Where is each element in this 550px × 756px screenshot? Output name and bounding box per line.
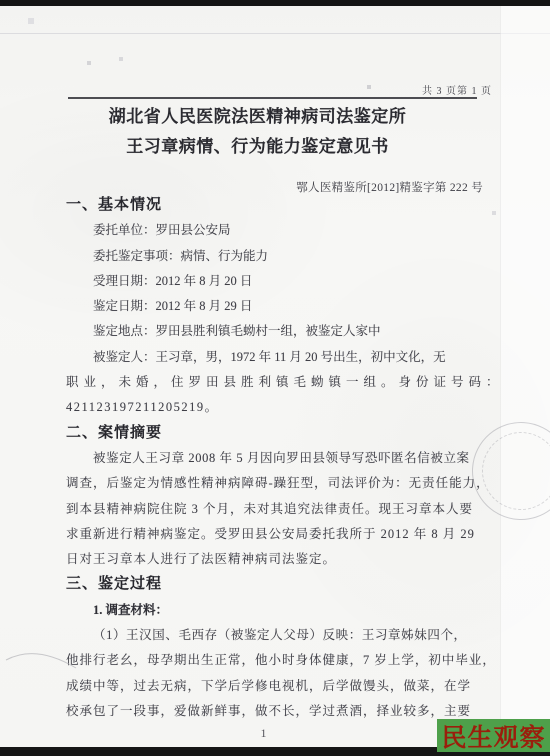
dust-specks xyxy=(0,0,2,2)
paper-crease-icon xyxy=(0,642,82,676)
doc-line: 鉴定日期：2012 年 8 月 29 日 xyxy=(66,294,484,319)
header-rule xyxy=(68,97,477,99)
doc-line: 被鉴定人：王习章，男，1972 年 11 月 20 号出生，初中文化，无 xyxy=(66,345,484,370)
doc-line: 鉴定地点：罗田县胜利镇毛蚴村一组，被鉴定人家中 xyxy=(66,319,484,344)
doc-line: 委托鉴定事项：病情、行为能力 xyxy=(66,244,484,269)
title-line-1: 湖北省人民医院法医精神病司法鉴定所 xyxy=(0,102,515,132)
doc-line: 校承包了一段事，爱做新鲜事，做不长，学过煮酒，择业较多，主要 xyxy=(66,699,484,724)
doc-line: 求重新进行精神病鉴定。受罗田县公安局委托我所于 2012 年 8 月 29 xyxy=(66,522,484,547)
doc-line: 日对王习章本人进行了法医精神病司法鉴定。 xyxy=(66,547,484,572)
doc-line: （1）王汉国、毛西存（被鉴定人父母）反映：王习章姊妹四个， xyxy=(66,623,484,648)
doc-line: 成绩中等，过去无病，下学后学修电视机，后学做馒头，做菜，在学 xyxy=(66,674,484,699)
scan-faint-line xyxy=(0,33,550,34)
id-number-line: 421123197211205219。 xyxy=(66,395,484,420)
section-heading-case-summary: 二、案情摘要 xyxy=(66,421,484,446)
scanned-document-page: 共 3 页第 1 页 湖北省人民医院法医精神病司法鉴定所 王习章病情、行为能力鉴… xyxy=(0,0,550,756)
doc-line: 调查，后鉴定为情感性精神病障碍-躁狂型，司法评价为：无责任能力， xyxy=(66,471,484,496)
doc-line: 到本县精神病院住院 3 个月，未对其追究法律责任。现王习章本人要 xyxy=(66,497,484,522)
section-heading-process: 三、鉴定过程 xyxy=(66,572,484,597)
document-body: 一、基本情况 委托单位：罗田县公安局 委托鉴定事项：病情、行为能力 受理日期：2… xyxy=(66,193,484,724)
doc-line: 他排行老幺，母孕期出生正常，他小时身体健康，7 岁上学，初中毕业， xyxy=(66,648,484,673)
doc-line: 受理日期：2012 年 8 月 20 日 xyxy=(66,269,484,294)
watermark-badge: 民生观察 xyxy=(437,719,550,752)
doc-line: 被鉴定人王习章 2008 年 5 月因向罗田县领导写恐吓匿名信被立案 xyxy=(66,446,484,471)
title-line-2: 王习章病情、行为能力鉴定意见书 xyxy=(0,132,515,162)
doc-line: 职业，未婚，住罗田县胜利镇毛蚴镇一组。身份证号码： xyxy=(66,370,484,395)
doc-line: 委托单位：罗田县公安局 xyxy=(66,218,484,243)
scan-top-edge xyxy=(0,0,550,6)
section-heading-basic-info: 一、基本情况 xyxy=(66,193,484,218)
page-count-indicator: 共 3 页第 1 页 xyxy=(422,82,492,97)
document-title: 湖北省人民医院法医精神病司法鉴定所 王习章病情、行为能力鉴定意见书 xyxy=(0,102,515,162)
subsection-heading-materials: 1. 调查材料： xyxy=(66,598,484,623)
